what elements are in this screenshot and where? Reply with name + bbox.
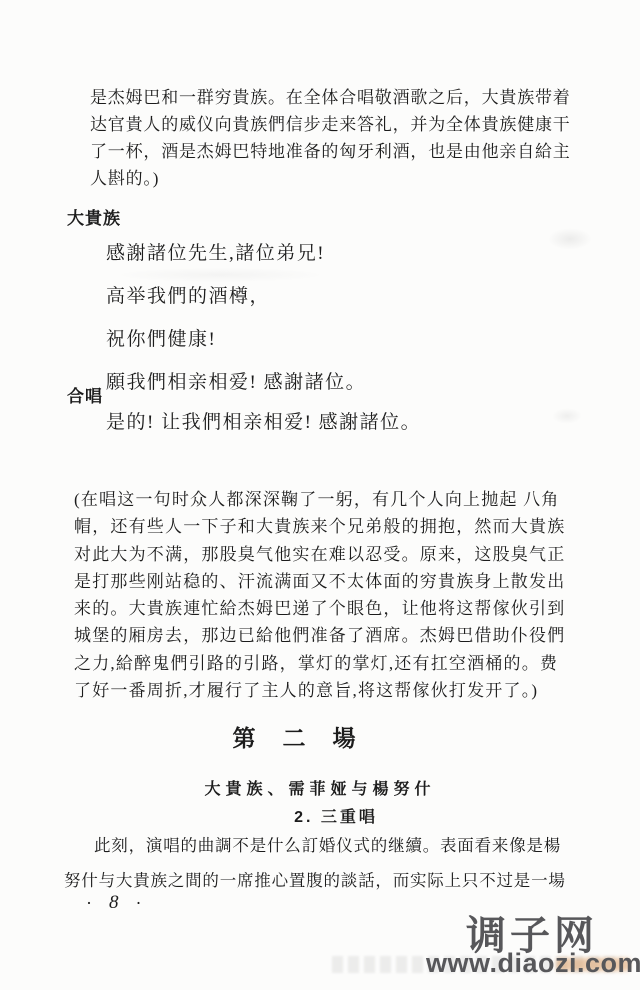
verse-line: 高举我們的酒樽，: [106, 275, 366, 318]
scene-number-title: 2. 三重唱: [16, 804, 640, 827]
speaker-heading-chorus: 合唱: [67, 382, 103, 407]
stage-direction-line: 之力,給醉鬼們引路的引路，掌灯的掌灯,还有扛空酒桶的。费: [74, 650, 580, 677]
stage-direction-line: 是打那些刚站稳的、汗流满面又不太体面的穷貴族身上散发出: [74, 568, 580, 595]
stage-direction-line: 城堡的厢房去，那边已給他們准备了酒席。杰姆巴借助仆役們: [74, 622, 580, 649]
scene-characters: 大貴族、需菲娅与楊努什: [0, 776, 640, 799]
verse-line: 感謝諸位先生,諸位弟兄!: [106, 232, 366, 275]
page-number-dot: ·: [86, 894, 92, 912]
stage-direction-line: (在唱这一句时众人都深深鞠了一躬，有几个人向上抛起 八角: [74, 486, 580, 513]
stage-direction-line: 达官貴人的威仪向貴族們信步走来答礼，并为全体貴族健康干: [90, 111, 582, 138]
stage-direction-line: 帽，还有些人一下子和大貴族来个兄弟般的拥抱，然而大貴族: [74, 513, 580, 540]
scene-heading: 第 二 場: [0, 720, 590, 753]
scan-smudge: [548, 228, 592, 250]
speaker-heading-noble: 大貴族: [67, 204, 121, 229]
scan-smudge: [552, 408, 582, 424]
page-number-dot: ·: [136, 894, 142, 912]
page-number-value: 8: [109, 892, 119, 914]
scanned-book-page: 是杰姆巴和一群穷貴族。在全体合唱敬酒歌之后，大貴族带着 达官貴人的威仪向貴族們信…: [0, 0, 640, 990]
verse-line: 願我們相亲相爱! 感謝諸位。: [106, 361, 366, 404]
stage-direction-top: 是杰姆巴和一群穷貴族。在全体合唱敬酒歌之后，大貴族带着 达官貴人的威仪向貴族們信…: [90, 84, 582, 192]
watermark-site-url: www.diaozi.com: [426, 948, 640, 979]
stage-direction-line: 是杰姆巴和一群穷貴族。在全体合唱敬酒歌之后，大貴族带着: [90, 84, 582, 111]
page-number: · 8 ·: [86, 892, 142, 914]
narration: 此刻，演唱的曲調不是什么訂婚仪式的继續。表面看来像是楊 努什与大貴族之間的一席推…: [64, 828, 578, 898]
stage-direction-line: 人斟的。): [90, 165, 582, 192]
verse-line: 是的! 让我們相亲相爱! 感謝諸位。: [106, 408, 421, 438]
narration-line: 此刻，演唱的曲調不是什么訂婚仪式的继續。表面看来像是楊: [64, 828, 578, 863]
stage-direction-line: 对此大为不满，那股臭气他实在难以忍受。原来，这股臭气正: [74, 541, 580, 568]
verse-line: 祝你們健康!: [106, 318, 366, 361]
stage-direction-line: 来的。大貴族連忙給杰姆巴递了个眼色，让他将这帮傢伙引到: [74, 595, 580, 622]
stage-direction-mid: (在唱这一句时众人都深深鞠了一躬，有几个人向上抛起 八角 帽，还有些人一下子和大…: [74, 486, 580, 704]
verse-noble: 感謝諸位先生,諸位弟兄! 高举我們的酒樽， 祝你們健康! 願我們相亲相爱! 感謝…: [106, 232, 366, 404]
stage-direction-line: 了一杯，酒是杰姆巴特地准备的匈牙利酒，也是由他亲自給主: [90, 138, 582, 165]
verse-chorus: 是的! 让我們相亲相爱! 感謝諸位。: [106, 408, 421, 438]
stage-direction-line: 了好一番周折,才履行了主人的意旨,将这帮傢伙打发开了。): [74, 677, 580, 704]
